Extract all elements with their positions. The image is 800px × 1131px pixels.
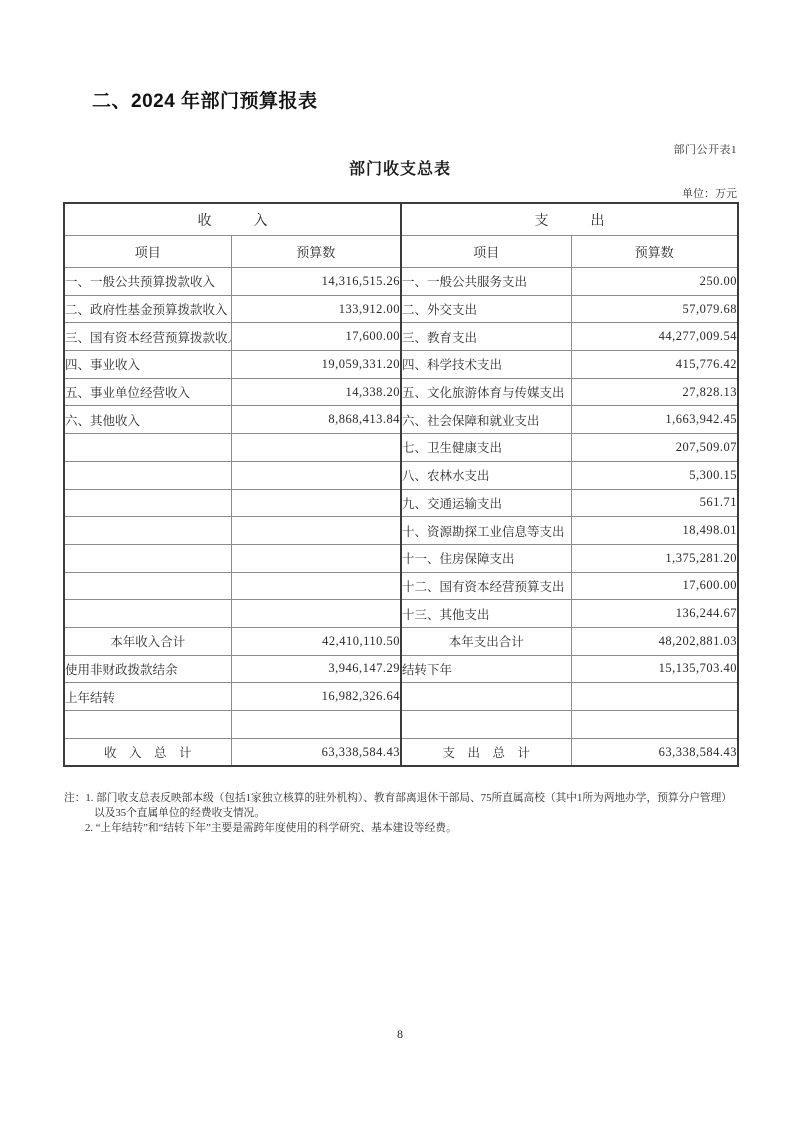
expense-value-cell — [571, 711, 738, 739]
income-item-cell: 四、事业收入 — [64, 351, 231, 379]
table-row: 九、交通运输支出 561.71 — [64, 489, 738, 517]
income-group-header: 收 入 — [64, 203, 401, 236]
table-row — [64, 711, 738, 739]
expense-item-cell: 七、卫生健康支出 — [401, 434, 571, 462]
document-page: 二、2024 年部门预算报表 部门公开表1 部门收支总表 单位：万元 收 入 支… — [0, 0, 800, 1131]
income-item-cell — [64, 572, 231, 600]
income-value-cell — [231, 711, 401, 739]
footnote-2: 2. “上年结转”和“结转下年”主要是需跨年度使用的科学研究、基本建设等经费。 — [85, 821, 754, 836]
expense-item-cell: 三、教育支出 — [401, 323, 571, 351]
expense-item-cell: 本年支出合计 — [401, 627, 571, 655]
income-value-cell: 8,868,413.84 — [231, 406, 401, 434]
income-value-cell — [231, 461, 401, 489]
income-item-cell: 使用非财政拨款结余 — [64, 655, 231, 683]
expense-item-cell: 六、社会保障和就业支出 — [401, 406, 571, 434]
income-item-cell: 六、其他收入 — [64, 406, 231, 434]
income-item-cell — [64, 461, 231, 489]
income-item-cell — [64, 434, 231, 462]
income-item-cell: 一、一般公共预算拨款收入 — [64, 268, 231, 296]
page-number: 8 — [0, 1027, 800, 1042]
expense-value-cell: 17,600.00 — [571, 572, 738, 600]
expense-value-cell: 48,202,881.03 — [571, 627, 738, 655]
income-item-cell — [64, 544, 231, 572]
expense-value-cell: 5,300.15 — [571, 461, 738, 489]
expense-item-cell — [401, 683, 571, 711]
income-item-cell — [64, 517, 231, 545]
income-item-cell: 本年收入合计 — [64, 627, 231, 655]
column-header-row: 项目 预算数 项目 预算数 — [64, 236, 738, 268]
expense-item-cell: 九、交通运输支出 — [401, 489, 571, 517]
income-total-value: 63,338,584.43 — [231, 738, 401, 766]
income-value-cell: 19,059,331.20 — [231, 351, 401, 379]
budget-summary-table: 收 入 支 出 项目 预算数 项目 预算数 一、一般公共预算拨款收入 14,31… — [63, 202, 739, 767]
expense-item-cell: 二、外交支出 — [401, 295, 571, 323]
expense-total-label: 支 出 总 计 — [401, 738, 571, 766]
expense-value-cell: 561.71 — [571, 489, 738, 517]
income-budget-header: 预算数 — [231, 236, 401, 268]
table-row: 五、事业单位经营收入 14,338.20 五、文化旅游体育与传媒支出 27,82… — [64, 378, 738, 406]
expense-item-cell — [401, 711, 571, 739]
table-row: 三、国有资本经营预算拨款收入 17,600.00 三、教育支出 44,277,0… — [64, 323, 738, 351]
income-value-cell — [231, 434, 401, 462]
expense-item-cell: 结转下年 — [401, 655, 571, 683]
income-value-cell: 14,316,515.26 — [231, 268, 401, 296]
table-title: 部门收支总表 — [0, 156, 800, 179]
income-value-cell: 16,982,326.64 — [231, 683, 401, 711]
footnotes: 注：1. 部门收支总表反映部本级（包括1家独立核算的驻外机构）、教育部离退休干部… — [64, 791, 754, 836]
table-row: 七、卫生健康支出 207,509.07 — [64, 434, 738, 462]
income-item-cell: 二、政府性基金预算拨款收入 — [64, 295, 231, 323]
table-row: 一、一般公共预算拨款收入 14,316,515.26 一、一般公共服务支出 25… — [64, 268, 738, 296]
footnote-1-line-2: 以及35个直属单位的经费收支情况。 — [94, 806, 754, 821]
expense-value-cell — [571, 683, 738, 711]
expense-item-header: 项目 — [401, 236, 571, 268]
table-row: 八、农林水支出 5,300.15 — [64, 461, 738, 489]
unit-label: 单位：万元 — [682, 185, 737, 201]
expense-item-cell: 十二、国有资本经营预算支出 — [401, 572, 571, 600]
expense-value-cell: 18,498.01 — [571, 517, 738, 545]
expense-value-cell: 415,776.42 — [571, 351, 738, 379]
expense-item-cell: 十、资源勘探工业信息等支出 — [401, 517, 571, 545]
income-value-cell — [231, 572, 401, 600]
income-item-header: 项目 — [64, 236, 231, 268]
expense-group-header: 支 出 — [401, 203, 738, 236]
table-row: 十一、住房保障支出 1,375,281.20 — [64, 544, 738, 572]
expense-value-cell: 27,828.13 — [571, 378, 738, 406]
table-row: 六、其他收入 8,868,413.84 六、社会保障和就业支出 1,663,94… — [64, 406, 738, 434]
expense-value-cell: 1,663,942.45 — [571, 406, 738, 434]
income-item-cell — [64, 489, 231, 517]
income-value-cell: 14,338.20 — [231, 378, 401, 406]
expense-item-cell: 四、科学技术支出 — [401, 351, 571, 379]
table-row: 十、资源勘探工业信息等支出 18,498.01 — [64, 517, 738, 545]
expense-item-cell: 八、农林水支出 — [401, 461, 571, 489]
expense-item-cell: 一、一般公共服务支出 — [401, 268, 571, 296]
income-value-cell — [231, 600, 401, 628]
income-value-cell — [231, 517, 401, 545]
group-header-row: 收 入 支 出 — [64, 203, 738, 236]
expense-value-cell: 1,375,281.20 — [571, 544, 738, 572]
expense-value-cell: 136,244.67 — [571, 600, 738, 628]
income-value-cell: 3,946,147.29 — [231, 655, 401, 683]
income-item-cell: 上年结转 — [64, 683, 231, 711]
section-heading: 二、2024 年部门预算报表 — [92, 86, 318, 113]
subtotal-row: 本年收入合计 42,410,110.50 本年支出合计 48,202,881.0… — [64, 627, 738, 655]
income-total-label: 收 入 总 计 — [64, 738, 231, 766]
income-item-cell: 五、事业单位经营收入 — [64, 378, 231, 406]
table-tag-label: 部门公开表1 — [674, 141, 738, 157]
expense-item-cell: 十三、其他支出 — [401, 600, 571, 628]
table-row: 使用非财政拨款结余 3,946,147.29 结转下年 15,135,703.4… — [64, 655, 738, 683]
expense-item-cell: 五、文化旅游体育与传媒支出 — [401, 378, 571, 406]
table-row: 十三、其他支出 136,244.67 — [64, 600, 738, 628]
income-item-cell: 三、国有资本经营预算拨款收入 — [64, 323, 231, 351]
income-item-cell — [64, 711, 231, 739]
expense-item-cell: 十一、住房保障支出 — [401, 544, 571, 572]
grand-total-row: 收 入 总 计 63,338,584.43 支 出 总 计 63,338,584… — [64, 738, 738, 766]
income-item-cell — [64, 600, 231, 628]
income-value-cell — [231, 489, 401, 517]
expense-value-cell: 57,079.68 — [571, 295, 738, 323]
income-value-cell: 42,410,110.50 — [231, 627, 401, 655]
table-row: 二、政府性基金预算拨款收入 133,912.00 二、外交支出 57,079.6… — [64, 295, 738, 323]
expense-total-value: 63,338,584.43 — [571, 738, 738, 766]
footnote-1-line-1: 注：1. 部门收支总表反映部本级（包括1家独立核算的驻外机构）、教育部离退休干部… — [64, 791, 754, 806]
income-value-cell — [231, 544, 401, 572]
expense-value-cell: 207,509.07 — [571, 434, 738, 462]
table-row: 四、事业收入 19,059,331.20 四、科学技术支出 415,776.42 — [64, 351, 738, 379]
expense-value-cell: 44,277,009.54 — [571, 323, 738, 351]
expense-value-cell: 250.00 — [571, 268, 738, 296]
income-value-cell: 133,912.00 — [231, 295, 401, 323]
table-row: 十二、国有资本经营预算支出 17,600.00 — [64, 572, 738, 600]
expense-value-cell: 15,135,703.40 — [571, 655, 738, 683]
table-row: 上年结转 16,982,326.64 — [64, 683, 738, 711]
income-value-cell: 17,600.00 — [231, 323, 401, 351]
expense-budget-header: 预算数 — [571, 236, 738, 268]
